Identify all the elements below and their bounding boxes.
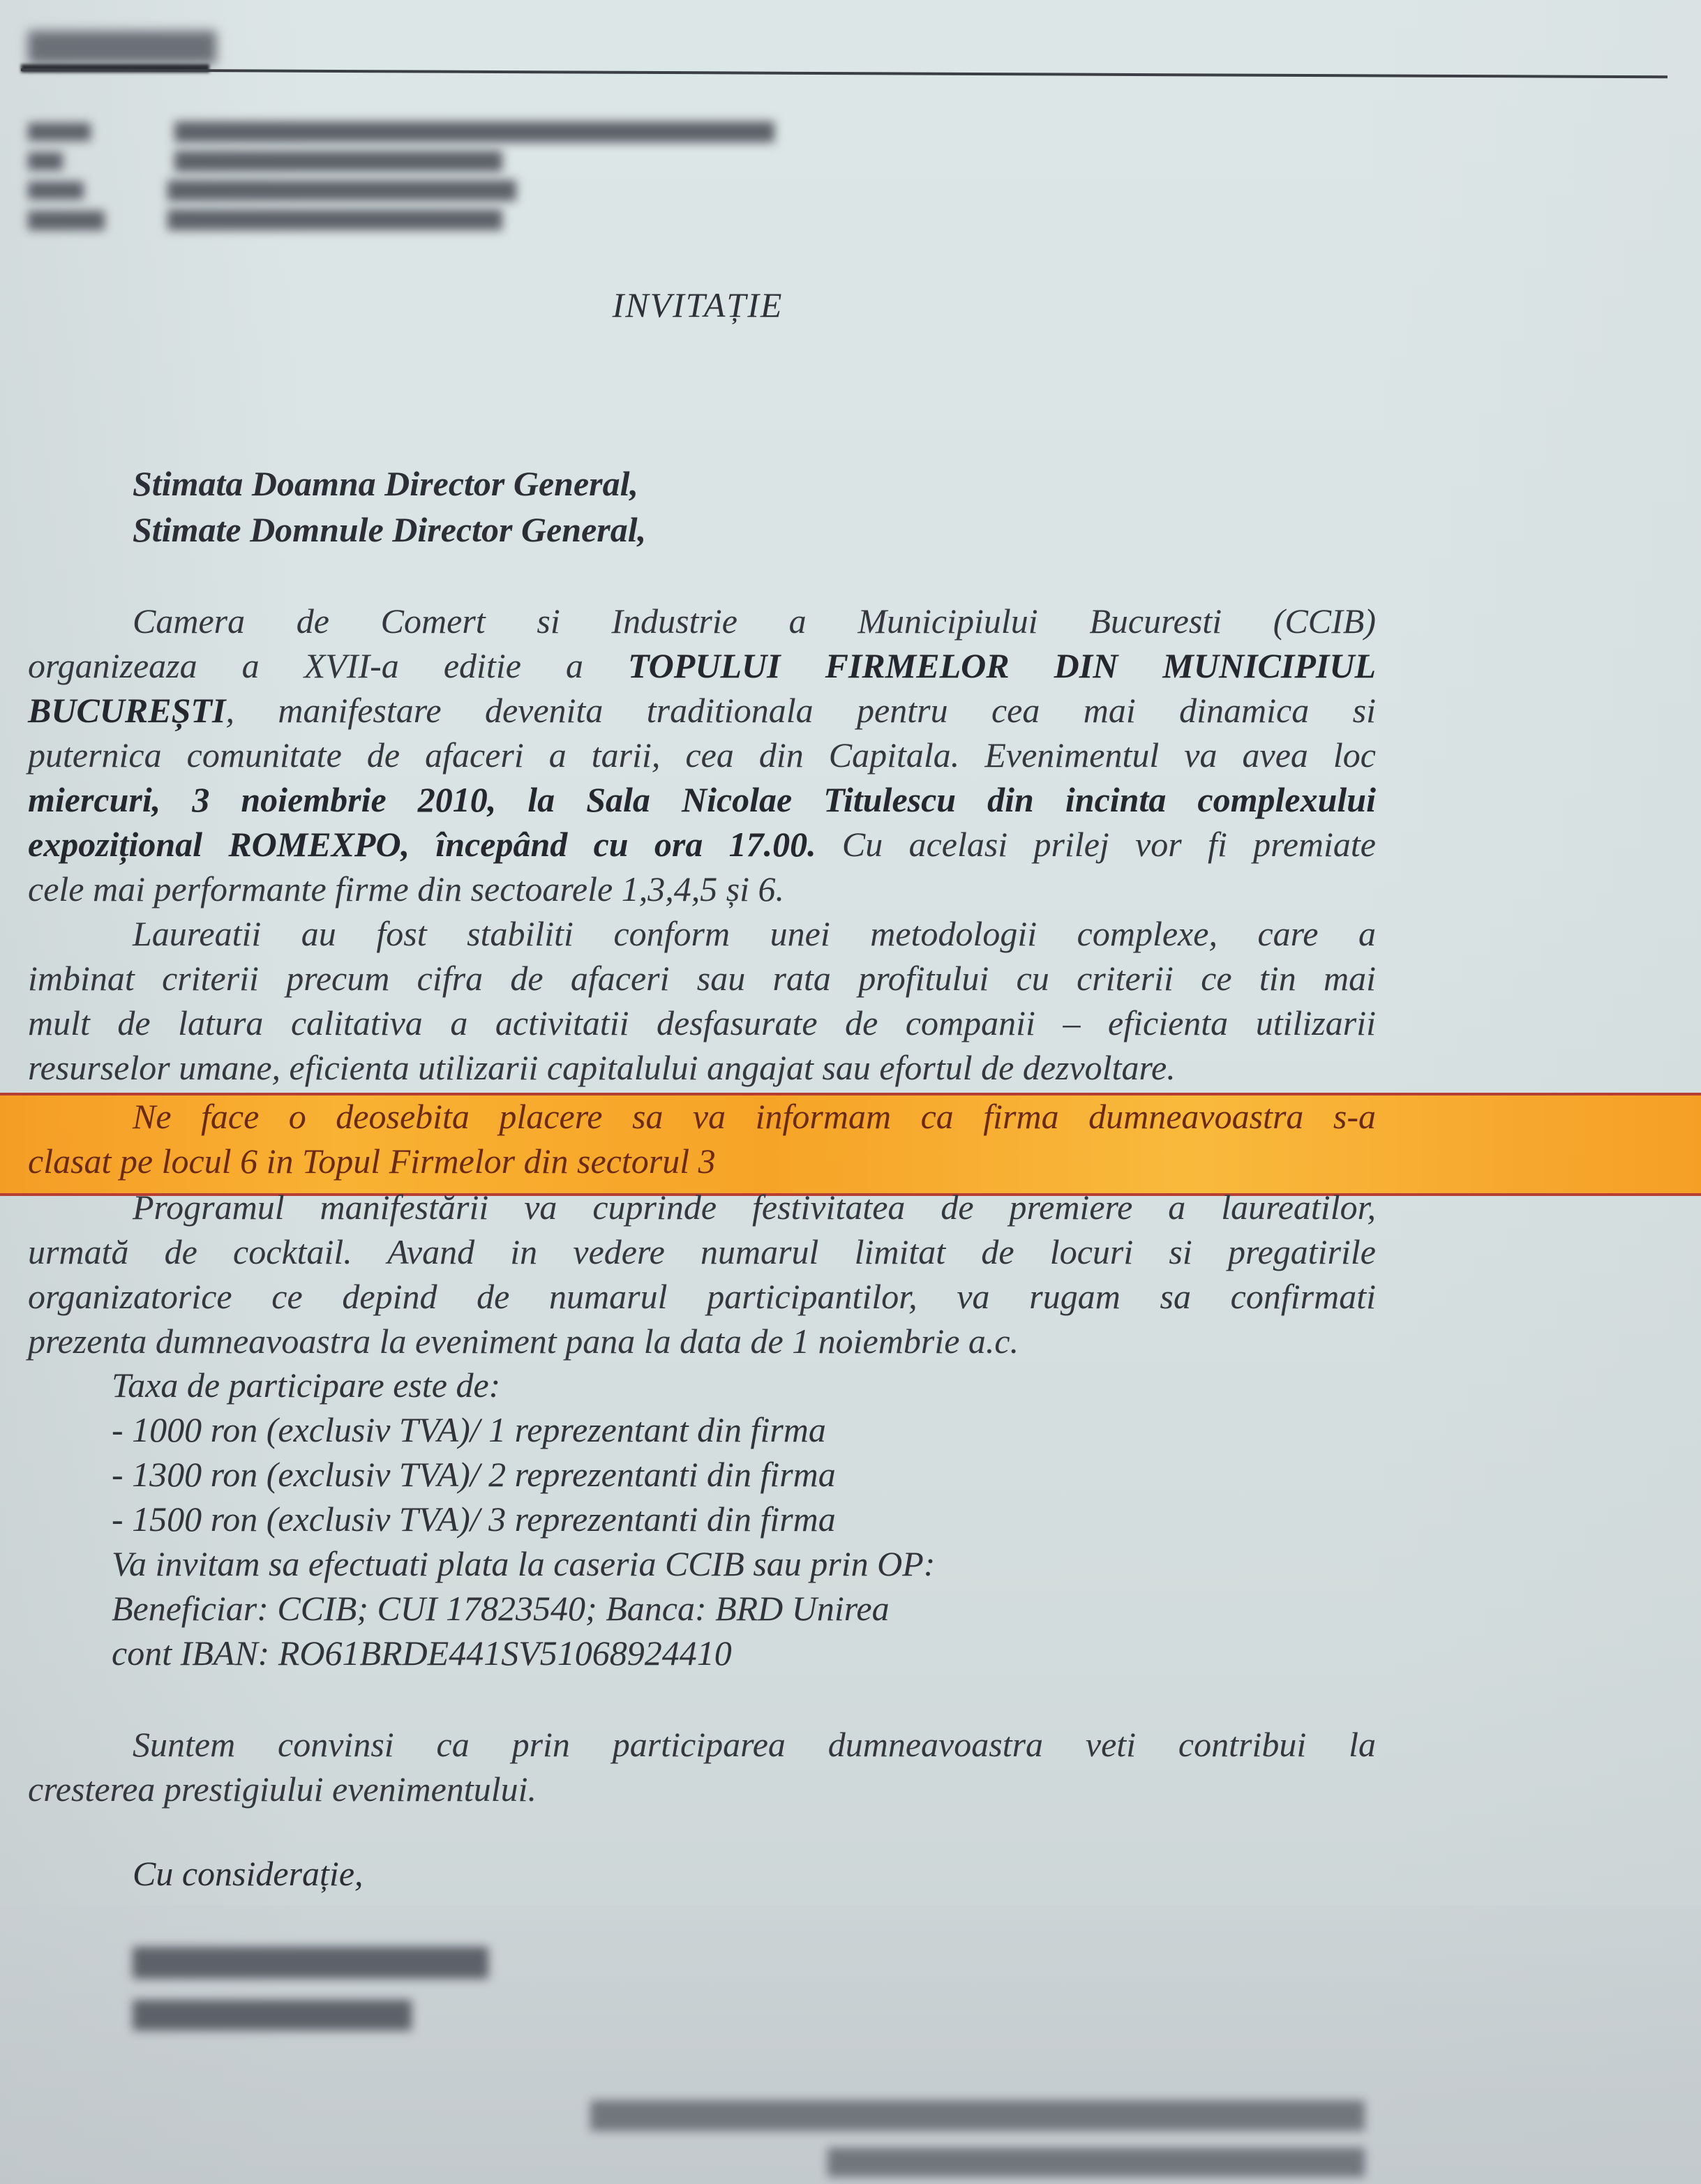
fees-intro: Taxa de participare este de: [112,1365,500,1405]
salutation-sir: Stimate Domnule Director General, [133,509,646,550]
event-date-location: miercuri, 3 noiembrie 2010, la Sala Nico… [28,779,1376,821]
salutation-madam: Stimata Doamna Director General, [133,463,638,504]
redacted-logo [28,31,216,64]
text-line: Ne face o deosebita placere sa va inform… [133,1095,1376,1137]
text-run: , manifestare devenita traditionala pent… [225,691,1376,730]
redacted-label [28,152,63,170]
redacted-footer-contact [827,2148,1365,2177]
redacted-signature-role [133,2000,412,2030]
text-line: organizatorice ce depind de numarul part… [28,1276,1376,1317]
text-line: organizeaza a XVII-a editie a TOPULUI FI… [28,645,1376,687]
sign-off: Cu considerație, [133,1853,364,1894]
ranking-result: clasat pe locul 6 in Topul Firmelor din … [28,1140,1376,1182]
text-line: cele mai performante firme din sectoarel… [28,868,1376,910]
fee-item: - 1300 ron (exclusiv TVA)/ 2 reprezentan… [112,1454,836,1495]
redacted-label [28,211,105,230]
text-line: expozițional ROMEXPO, începând cu ora 17… [28,823,1376,865]
redacted-signature-name [133,1947,488,1979]
text-line: Laureatii au fost stabiliti conform unei… [133,913,1376,955]
event-name-bold: BUCUREȘTI [28,691,225,730]
redacted-value [167,180,516,201]
redacted-value [174,151,502,172]
redacted-footer-address [590,2100,1365,2131]
text-line: Camera de Comert si Industrie a Municipi… [133,600,1376,642]
iban-account: cont IBAN: RO61BRDE441SV51068924410 [112,1633,732,1673]
redacted-label [28,123,91,141]
text-line: Programul manifestării va cuprinde festi… [133,1186,1376,1228]
event-name-bold: TOPULUI FIRMELOR DIN MUNICIPIUL [628,646,1376,685]
text-line: resurselor umane, eficienta utilizarii c… [28,1047,1376,1089]
text-line: imbinat criterii precum cifra de afaceri… [28,957,1376,999]
fee-item: - 1000 ron (exclusiv TVA)/ 1 reprezentan… [112,1409,826,1450]
payment-instructions: Va invitam sa efectuati plata la caseria… [112,1543,935,1584]
text-line: mult de latura calitativa a activitatii … [28,1002,1376,1044]
redacted-value [174,121,774,142]
document-title: INVITAȚIE [0,285,1395,325]
header-rule [21,68,1668,78]
text-line: urmată de cocktail. Avand in vedere numa… [28,1231,1376,1273]
text-run: Cu acelasi prilej vor fi premiate [816,825,1376,864]
text-line: prezenta dumneavoastra la eveniment pana… [28,1320,1376,1362]
text-line: puternica comunitate de afaceri a tarii,… [28,734,1376,776]
beneficiary-details: Beneficiar: CCIB; CUI 17823540; Banca: B… [112,1588,890,1629]
redacted-label [28,181,84,200]
text-line: cresterea prestigiului evenimentului. [28,1768,1376,1810]
fee-item: - 1500 ron (exclusiv TVA)/ 3 reprezentan… [112,1499,836,1539]
text-line: Suntem convinsi ca prin participarea dum… [133,1723,1376,1765]
text-line: BUCUREȘTI, manifestare devenita traditio… [28,689,1376,731]
event-venue-time: expozițional ROMEXPO, începând cu ora 17… [28,825,816,864]
redacted-value [167,209,502,230]
text-run: organizeaza a XVII-a editie a [28,646,628,685]
